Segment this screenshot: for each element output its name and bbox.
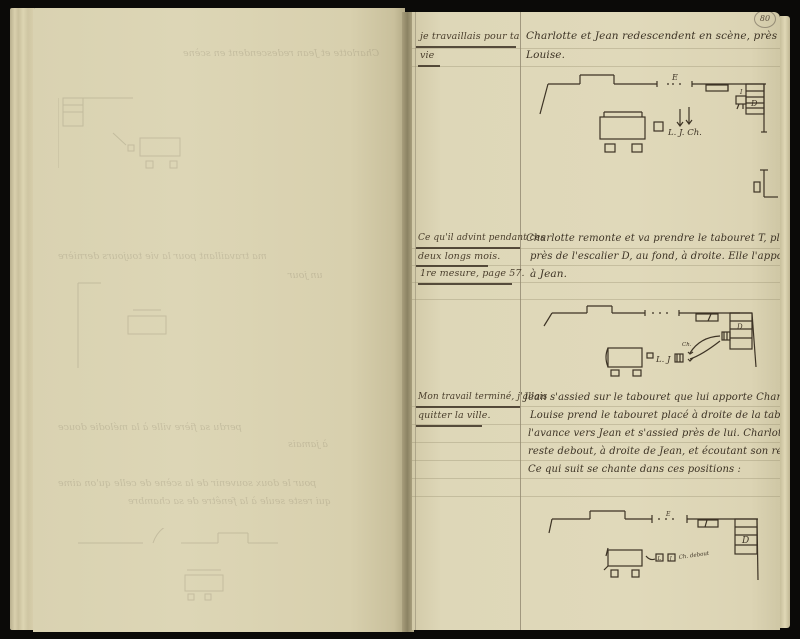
direction-line: Ce qui suit se chante dans ces positions… <box>528 465 741 475</box>
diagram-label-stair: D <box>741 536 749 546</box>
right-page: 80 je travaillais pour ta vie Charlotte … <box>412 12 780 630</box>
cue-underline <box>418 283 512 285</box>
diagram-label-stair: D <box>736 323 743 331</box>
direction-line: près de l'escalier D, au fond, à droite.… <box>530 252 780 262</box>
bleed-through-text: Charlotte et Jean redescendent en scène <box>183 48 379 59</box>
page-edges-left <box>10 8 34 630</box>
bleed-through-diagram-top <box>58 93 218 203</box>
manuscript-scan: Charlotte et Jean redescendent en scène … <box>0 0 800 639</box>
bleed-through-text: un jour <box>288 270 323 281</box>
cue-line: je travaillais pour ta <box>420 32 520 42</box>
direction-line: Louise prend le tabouret placé à droite … <box>530 411 780 421</box>
diagram-label-l: L <box>657 556 662 562</box>
bleed-through-diagram-bottom <box>73 528 293 608</box>
diagram-label-standing: Ch. debout <box>678 551 710 561</box>
diagram-label-path: Ch. <box>682 342 692 348</box>
bleed-through-text: ma travaillant pour la vie toujours dern… <box>58 251 267 262</box>
stage-diagram-3: E D L J Ch. debout <box>522 500 780 615</box>
bleed-through-text: pour le doux souvenir de la scène de cel… <box>58 478 316 489</box>
cue-line: 1re mesure, page 57. <box>420 269 525 279</box>
cue-underline <box>416 406 520 408</box>
diagram-label-door: E <box>671 73 678 82</box>
direction-line: Charlotte et Jean redescendent en scène,… <box>526 31 780 42</box>
bleed-through-text: qui reste seule à la fenêtre de sa chamb… <box>128 496 331 507</box>
direction-line: reste debout, à droite de Jean, et écout… <box>528 447 780 457</box>
stage-diagram-1: E D L. J. Ch. I <box>522 72 780 217</box>
diagram-label-stair: D <box>750 99 758 108</box>
cue-underline <box>418 65 440 67</box>
cue-underline <box>416 247 520 249</box>
stage-diagram-2: D L. J Ch. <box>522 297 780 402</box>
page-number: 80 <box>754 12 776 28</box>
page-edges-right <box>780 16 790 628</box>
direction-line: l'avance vers Jean et s'assied près de l… <box>528 429 780 439</box>
bleed-through-text: perdu sa fière ville à la mélodie douce <box>58 422 242 433</box>
direction-line: Charlotte remonte et va prendre le tabou… <box>526 234 780 244</box>
bleed-through-diagram-middle <box>73 278 173 368</box>
cue-line: vie <box>420 51 434 61</box>
cue-underline <box>416 425 482 427</box>
cue-line: deux longs mois. <box>418 252 500 262</box>
direction-line: Jean s'assied sur le tabouret que lui ap… <box>524 393 780 403</box>
svg-text:I: I <box>739 89 743 96</box>
diagram-label-figures: L. J. Ch. <box>667 128 702 138</box>
cue-line: quitter la ville. <box>418 411 491 421</box>
cue-underline <box>416 46 516 48</box>
diagram-label-figures: L. J <box>655 355 671 365</box>
cue-underline <box>416 265 488 267</box>
diagram-label-door: E <box>665 511 671 518</box>
column-divider <box>520 12 521 630</box>
bleed-through-text: à jamais <box>288 439 328 450</box>
direction-line: Louise. <box>526 50 565 61</box>
direction-line: à Jean. <box>530 269 567 280</box>
left-page: Charlotte et Jean redescendent en scène … <box>33 8 405 632</box>
margin-rule <box>415 12 416 630</box>
